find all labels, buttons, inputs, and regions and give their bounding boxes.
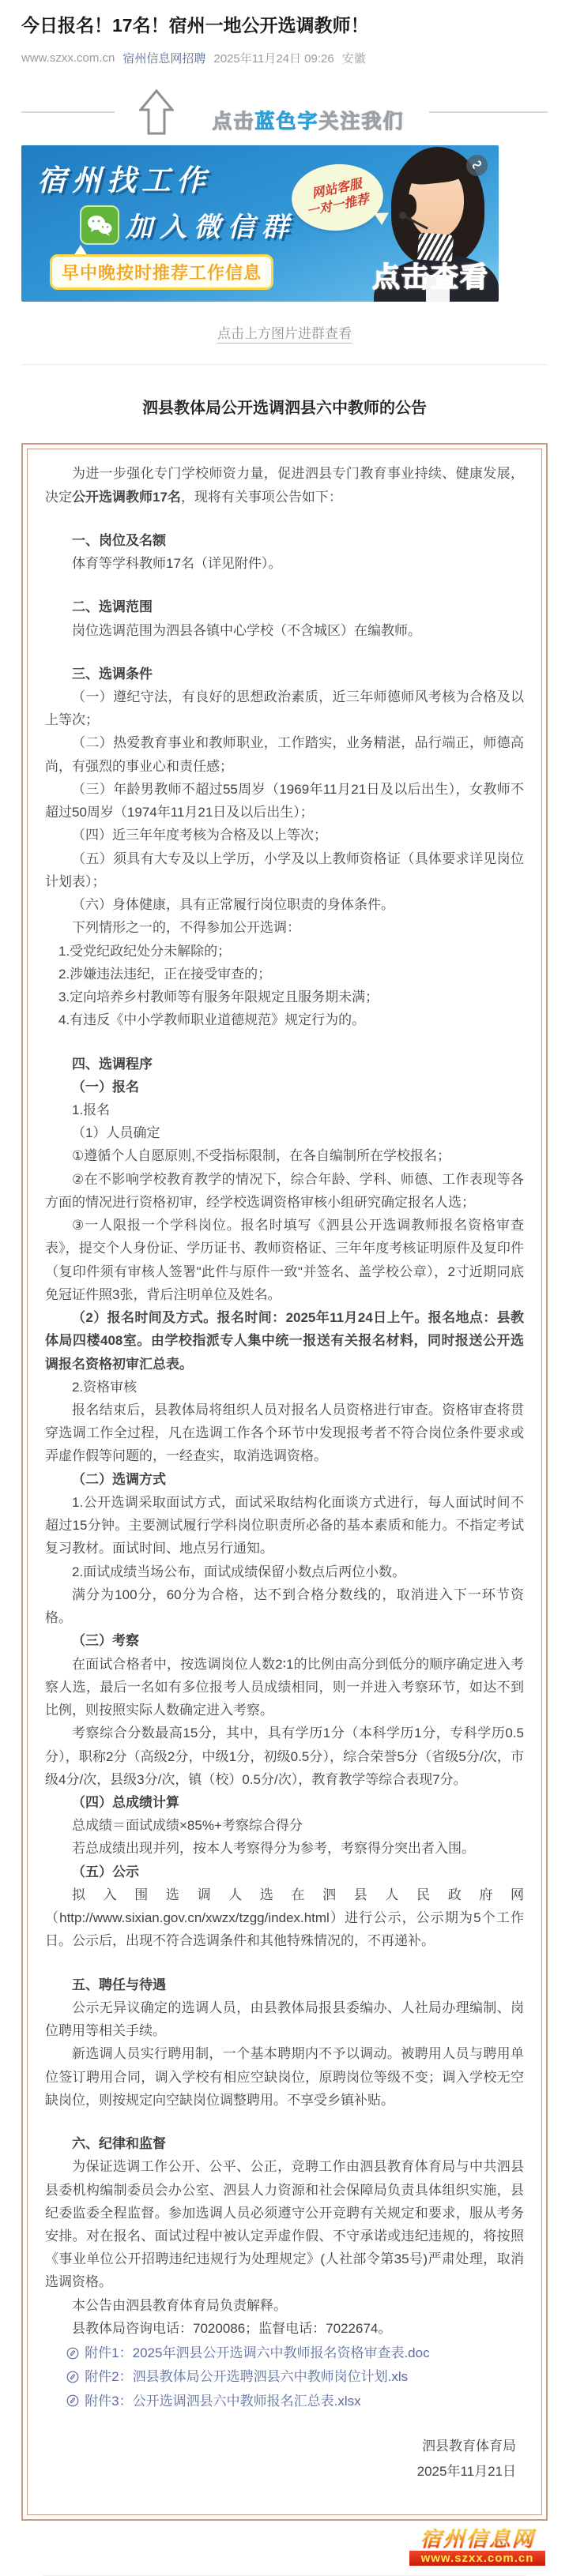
publish-datetime: 2025年11月24日 09:26: [213, 50, 333, 66]
paragraph: （三）年龄男教师不超过55周岁（1969年11月21日及以后出生），女教师不超过…: [45, 778, 524, 824]
section-heading: 三、选调条件: [45, 663, 524, 685]
paragraph: 若总成绩出现并列，按本人考察得分为参考，考察得分突出者入围。: [45, 1837, 524, 1860]
paragraph: 岗位选调范围为泗县各镇中心学校（不含城区）在编教师。: [45, 619, 524, 642]
paragraph: 2.涉嫌违法违纪，正在接受审查的；: [45, 963, 524, 986]
notice-box: 为进一步强化专门学校师资力量，促进泗县专门教育事业持续、健康发展，决定公开选调教…: [21, 443, 548, 2521]
paragraph: （四）近三年年度考核为合格及以上等次；: [45, 824, 524, 847]
section-heading: 五、聘任与待遇: [45, 1973, 524, 1996]
follow-tip-highlight[interactable]: 蓝色字: [254, 111, 318, 133]
region-label: 安徽: [342, 50, 366, 66]
attachment-link[interactable]: 附件3：公开选调泗县六中教师报名汇总表.xlsx: [45, 2390, 524, 2412]
wechat-icon: [80, 205, 119, 245]
attachment-label: 附件3：公开选调泗县六中教师报名汇总表.xlsx: [85, 2390, 360, 2412]
paragraph: 新选调人员实行聘用制，一个基本聘期内不予以调动。被聘用人员与聘用单位签订聘用合同…: [45, 2042, 524, 2112]
paragraph: 1.受党纪政纪处分未解除的；: [45, 940, 524, 963]
attachment-list: 附件1：2025年泗县公开选调六中教师报名资格审查表.doc附件2：泗县教体局公…: [45, 2342, 524, 2412]
notice-body: 为进一步强化专门学校师资力量，促进泗县专门教育事业持续、健康发展，决定公开选调教…: [45, 462, 524, 2340]
paragraph: （二）热爱教育事业和教师职业，工作踏实，业务精湛，品行端正，师德高尚，有强烈的事…: [45, 731, 524, 777]
watermark-url: www.szxx.com.cn: [409, 2551, 545, 2566]
left-rule: [21, 111, 115, 113]
paragraph: 2.面试成绩当场公布，面试成绩保留小数点后两位小数。: [45, 1560, 524, 1583]
notice-heading: 泗县教体局公开选调泗县六中教师的公告: [21, 395, 548, 418]
paragraph: ②在不影响学校教育教学的情况下，综合年龄、学科、师德、工作表现等各方面的情况进行…: [45, 1168, 524, 1214]
paragraph: （五）须具有大专及以上学历，小学及以上教师资格证（具体要求详见岗位计划表）；: [45, 847, 524, 893]
banner-cta[interactable]: 点击查看: [372, 256, 489, 295]
attachment-link[interactable]: 附件1：2025年泗县公开选调六中教师报名资格审查表.doc: [45, 2342, 524, 2364]
banner-caption[interactable]: 点击上方图片进群查看: [21, 322, 548, 342]
section-heading: 一、岗位及名额: [45, 529, 524, 552]
up-arrow-icon: [139, 89, 174, 135]
follow-tip-prefix: 点击: [212, 111, 254, 133]
attachment-label: 附件1：2025年泗县公开选调六中教师报名资格审查表.doc: [85, 2342, 429, 2364]
paragraph: 为保证选调工作公开、公平、公正，竞聘工作由泗县教育体育局与中共泗县县委机构编制委…: [45, 2155, 524, 2293]
section-heading: （四）总成绩计算: [45, 1791, 524, 1814]
banner-subline: 加入微信群: [126, 205, 296, 244]
paragraph: （六）身体健康，具有正常履行岗位职责的身体条件。: [45, 893, 524, 916]
section-divider: [21, 364, 548, 365]
page-title: 今日报名！17名！宿州一地公开选调教师！: [21, 13, 548, 39]
service-bubble: 网站客服 一对一推荐: [289, 161, 386, 234]
signature-org: 泗县教育体育局: [45, 2434, 516, 2459]
paragraph: 考察综合分数最高15分，其中，具有学历1分（本科学历1分，专科学历0.5分），职…: [45, 1722, 524, 1791]
section-heading: （三）考察: [45, 1629, 524, 1652]
section-heading: 二、选调范围: [45, 595, 524, 618]
section-heading: 六、纪律和监督: [45, 2132, 524, 2155]
right-rule: [429, 111, 548, 113]
paragraph: 为进一步强化专门学校师资力量，促进泗县专门教育事业持续、健康发展，决定公开选调教…: [45, 462, 524, 508]
follow-tip-suffix: 关注我们: [319, 111, 405, 133]
paragraph: 满分为100分，60分为合格，达不到合格分数线的，取消进入下一环节资格。: [45, 1583, 524, 1629]
section-heading: （一）报名: [45, 1076, 524, 1098]
article-meta: www.szxx.com.cn 宿州信息网招聘 2025年11月24日 09:2…: [21, 50, 548, 66]
paragraph: 1.公开选调采取面试方式，面试采取结构化面谈方式进行，每人面试时间不超过15分钟…: [45, 1491, 524, 1560]
paragraph: 3.定向培养乡村教师等有服务年限规定且服务期未满；: [45, 986, 524, 1008]
paragraph: 本公告由泗县教育体育局负责解释。: [45, 2294, 524, 2317]
signature-date: 2025年11月21日: [45, 2459, 516, 2484]
paragraph: 下列情形之一的，不得参加公开选调：: [45, 916, 524, 939]
site-watermark: 宿州信息网 www.szxx.com.cn: [409, 2529, 545, 2566]
paperclip-icon: [66, 2347, 79, 2360]
banner-pill-text: 早中晚按时推荐工作信息: [50, 254, 273, 290]
paragraph: （2）报名时间及方式。报名时间：2025年11月24日上午。报名地点：县教体局四…: [45, 1306, 524, 1376]
watermark-logo: 宿州信息网: [409, 2529, 545, 2550]
paragraph: 在面试合格者中，按选调岗位人数2∶1的比例由高分到低分的顺序确定进入考察人选，最…: [45, 1653, 524, 1722]
section-heading: （二）选调方式: [45, 1468, 524, 1491]
paragraph: ③一人限报一个学科岗位。报名时填写《泗县公开选调教师报名资格审查表》，提交个人身…: [45, 1214, 524, 1306]
attachment-link[interactable]: 附件2：泗县教体局公开选聘泗县六中教师岗位计划.xls: [45, 2366, 524, 2387]
follow-strip: 点击蓝色字关注我们: [21, 87, 548, 137]
paragraph: 县教体局咨询电话：7020086；监督电话：7022674。: [45, 2317, 524, 2340]
source-url: www.szxx.com.cn: [21, 51, 115, 65]
section-heading: 四、选调程序: [45, 1053, 524, 1076]
paperclip-icon: [66, 2371, 79, 2383]
paragraph: （1）人员确定: [45, 1121, 524, 1144]
paragraph: 总成绩＝面试成绩×85%+考察综合得分: [45, 1814, 524, 1837]
follow-tip: 点击蓝色字关注我们: [212, 112, 404, 135]
banner-headline: 宿州找工作: [37, 156, 211, 199]
paragraph: 1.报名: [45, 1098, 524, 1121]
attachment-label: 附件2：泗县教体局公开选聘泗县六中教师岗位计划.xls: [85, 2366, 408, 2387]
signature-block: 泗县教育体育局 2025年11月21日: [45, 2434, 524, 2485]
article-footer: 宿州信息网 www.szxx.com.cn: [21, 2525, 548, 2576]
section-heading: （五）公示: [45, 1861, 524, 1883]
article: 今日报名！17名！宿州一地公开选调教师！ www.szxx.com.cn 宿州信…: [0, 0, 569, 2576]
paragraph: ①遵循个人自愿原则,不受指标限制，在各自编制所在学校报名；: [45, 1144, 524, 1167]
paragraph: 拟入围选调人选在泗县人民政府网（http://www.sixian.gov.cn…: [45, 1883, 524, 1953]
paragraph: 报名结束后，县教体局将组织人员对报名人员资格进行审查。资格审查将贯穿选调工作全过…: [45, 1399, 524, 1468]
paragraph: 2.资格审核: [45, 1376, 524, 1399]
paragraph: 公示无异议确定的选调人员，由县教体局报县委编办、人社局办理编制、岗位聘用等相关手…: [45, 1996, 524, 2042]
paragraph: 4.有违反《中小学教师职业道德规范》规定行为的。: [45, 1008, 524, 1031]
paragraph: 体育等学科教师17名（详见附件）。: [45, 552, 524, 575]
paperclip-icon: [66, 2394, 79, 2407]
paragraph: （一）遵纪守法，有良好的思想政治素质，近三年师德师风考核为合格及以上等次；: [45, 685, 524, 731]
wechat-group-banner[interactable]: 宿州找工作 加入微信群 早中晚按时推荐工作信息 网站客服 一对一推荐: [21, 145, 499, 302]
account-link[interactable]: 宿州信息网招聘: [122, 50, 205, 66]
